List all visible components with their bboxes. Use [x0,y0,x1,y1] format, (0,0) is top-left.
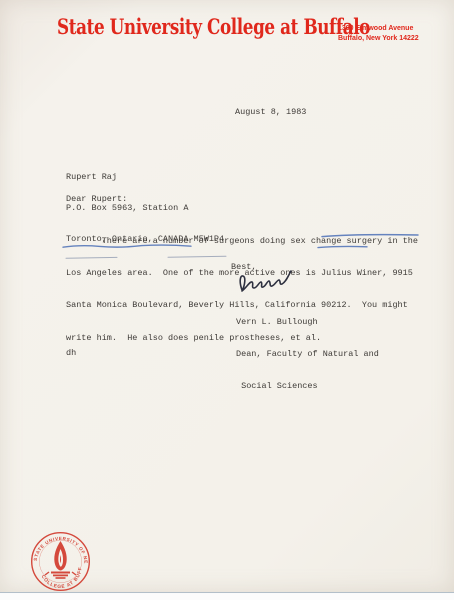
signature-block: Vern L. Bullough Dean, Faculty of Natura… [236,296,379,413]
letterhead-title: State University College at Buffalo [57,14,370,39]
handwritten-signature [236,266,294,298]
letterhead-address: 1300 Elmwood Avenue Buffalo, New York 14… [338,24,419,43]
scanned-letter: State University College at Buffalo 1300… [0,0,454,600]
letter-date: August 8, 1983 [235,107,306,118]
typist-initials: dh [66,348,76,359]
recipient-name: Rupert Raj [66,172,224,182]
torch-flame-icon [45,541,76,579]
letter-paper: State University College at Buffalo 1300… [0,0,454,593]
letterhead-address-line1: 1300 Elmwood Avenue [338,24,419,34]
salutation: Dear Rupert: [66,194,127,205]
scan-background [0,594,454,600]
body-line: There are a number of surgeons doing sex… [66,236,418,247]
university-seal: STATE UNIVERSITY OF NEW YORK COLLEGE AT … [29,531,92,592]
sender-title-line2: Social Sciences [236,381,379,392]
sender-name: Vern L. Bullough [236,317,379,328]
letterhead-address-line2: Buffalo, New York 14222 [338,34,419,44]
sender-title-line1: Dean, Faculty of Natural and [236,349,379,360]
